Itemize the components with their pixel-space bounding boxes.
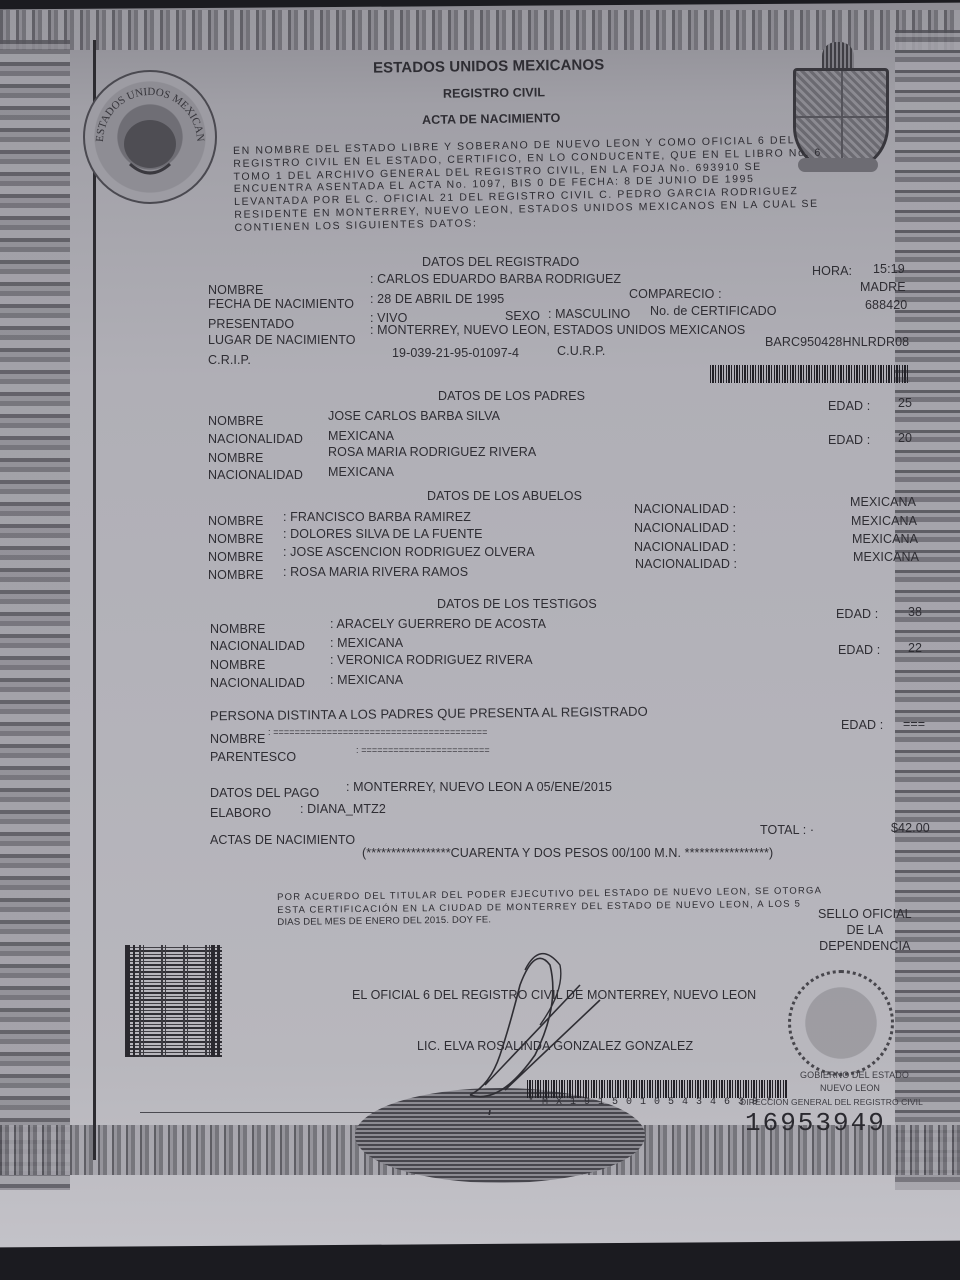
testigo-1-edad-label: EDAD :	[836, 607, 878, 621]
scan-fold-line	[93, 40, 96, 1160]
hora-value: 15:19	[873, 262, 905, 276]
official-seal-stamp	[788, 970, 894, 1076]
crip-label: C.R.I.P.	[208, 353, 251, 367]
document-serial-number: 16953949	[745, 1108, 886, 1138]
office-title: REGISTRO CIVIL	[443, 85, 545, 100]
parentesco-label: PARENTESCO	[210, 750, 296, 764]
padre-nombre-label: NOMBRE	[208, 414, 263, 428]
testigo-2-label: NOMBRE	[210, 658, 265, 672]
madre-nacionalidad-label: NACIONALIDAD	[208, 468, 303, 482]
padre-nacionalidad-label: NACIONALIDAD	[208, 432, 303, 446]
madre-nombre-label: NOMBRE	[208, 451, 263, 465]
abuelo-4-nac-value: MEXICANA	[853, 550, 919, 564]
testigo-1-edad-value: 38	[908, 605, 922, 619]
presentador-nombre-label: NOMBRE	[210, 732, 265, 746]
abuelo-1-nac-label: NACIONALIDAD :	[634, 502, 736, 516]
parentesco-value: : ========================	[356, 745, 490, 755]
concepto: ACTAS DE NACIMIENTO	[210, 833, 355, 847]
presentador-nombre-value: : ======================================…	[268, 727, 487, 737]
ornamental-border-left	[0, 40, 70, 1190]
presentado-label: PRESENTADO	[208, 317, 294, 331]
padre-nombre-value: JOSE CARLOS BARBA SILVA	[328, 409, 500, 423]
curp-label: C.U.R.P.	[557, 344, 606, 358]
abuelo-4-value: : ROSA MARIA RIVERA RAMOS	[283, 565, 468, 579]
abuelo-2-nac-label: NACIONALIDAD :	[634, 521, 736, 535]
fecha-label: FECHA DE NACIMIENTO	[208, 297, 354, 311]
abuelo-3-nac-label: NACIONALIDAD :	[634, 540, 736, 554]
abuelo-1-nac-value: MEXICANA	[850, 495, 916, 509]
testigo-1-nac-value: : MEXICANA	[330, 636, 403, 650]
ornamental-border-top	[0, 10, 960, 50]
sello-oficial-label: SELLO OFICIAL DE LA DEPENDENCIA	[818, 906, 912, 954]
sexo-label: SEXO	[505, 309, 540, 323]
testigo-2-nac-value: : MEXICANA	[330, 673, 403, 687]
testigo-1-label: NOMBRE	[210, 622, 265, 636]
abuelo-3-nac-value: MEXICANA	[852, 532, 918, 546]
pago-value: : MONTERREY, NUEVO LEON A 05/ENE/2015	[346, 780, 612, 794]
abuelo-1-value: : FRANCISCO BARBA RAMIREZ	[283, 510, 471, 524]
document-title: ACTA DE NACIMIENTO	[422, 111, 561, 127]
madre-nombre-value: ROSA MARIA RODRIGUEZ RIVERA	[328, 445, 536, 459]
comparecio-label: COMPARECIO :	[629, 287, 722, 301]
abuelo-4-nac-label: NACIONALIDAD :	[635, 557, 737, 571]
stamp-text-3: DIRECCION GENERAL DEL REGISTRO CIVIL	[740, 1097, 923, 1107]
stamp-text-2: NUEVO LEON	[820, 1083, 880, 1093]
testigo-2-edad-value: 22	[908, 641, 922, 655]
certificado-value: 688420	[865, 298, 907, 312]
folio-barcode	[527, 1080, 787, 1098]
comparecio-value: MADRE	[860, 280, 906, 294]
elaboro-label: ELABORO	[210, 806, 271, 820]
sexo-value: : MASCULINO	[548, 307, 630, 321]
section-registrado: DATOS DEL REGISTRADO	[422, 255, 579, 269]
madre-nacionalidad-value: MEXICANA	[328, 465, 394, 479]
abuelo-3-value: : JOSE ASCENCION RODRIGUEZ OLVERA	[283, 545, 535, 559]
section-padres: DATOS DE LOS PADRES	[438, 389, 585, 403]
presentador-edad-value: ===	[903, 717, 925, 731]
elaboro-value: : DIANA_MTZ2	[300, 802, 386, 816]
padre-edad-label: EDAD :	[828, 399, 870, 413]
stamp-text-1: GOBIERNO DEL ESTADO	[800, 1070, 909, 1080]
country-title: ESTADOS UNIDOS MEXICANOS	[373, 56, 605, 76]
intro-paragraph: EN NOMBRE DEL ESTADO LIBRE Y SOBERANO DE…	[233, 134, 823, 235]
padre-nacionalidad-value: MEXICANA	[328, 429, 394, 443]
folio-barcode-text: * M X 1 9 1 5 0 1 0 5 4 3 4 6 3 0 *	[528, 1097, 773, 1108]
ornamental-border-right	[895, 30, 960, 1190]
presentador-edad-label: EDAD :	[841, 718, 883, 732]
lugar-label: LUGAR DE NACIMIENTO	[208, 333, 356, 347]
national-coat-of-arms-icon: ESTADOS UNIDOS MEXICANOS	[83, 70, 217, 204]
crip-value: 19-039-21-95-01097-4	[392, 346, 519, 360]
madre-edad-label: EDAD :	[828, 433, 870, 447]
nombre-label: NOMBRE	[208, 283, 263, 297]
testigo-2-edad-label: EDAD :	[838, 643, 880, 657]
nombre-value: : CARLOS EDUARDO BARBA RODRIGUEZ	[370, 272, 621, 286]
testigo-1-value: : ARACELY GUERRERO DE ACOSTA	[330, 617, 546, 631]
abuelo-4-label: NOMBRE	[208, 568, 263, 582]
fecha-value: : 28 DE ABRIL DE 1995	[370, 292, 504, 306]
pago-label: DATOS DEL PAGO	[210, 786, 319, 800]
section-testigos: DATOS DE LOS TESTIGOS	[437, 597, 597, 611]
testigo-2-value: : VERONICA RODRIGUEZ RIVERA	[330, 653, 533, 667]
testigo-2-nac-label: NACIONALIDAD	[210, 676, 305, 690]
abuelo-2-nac-value: MEXICANA	[851, 514, 917, 528]
abuelo-3-label: NOMBRE	[208, 550, 263, 564]
curp-barcode	[710, 365, 910, 383]
padre-edad-value: 25	[898, 396, 912, 410]
abuelo-1-label: NOMBRE	[208, 514, 263, 528]
total-value: $42.00	[891, 821, 930, 835]
abuelo-2-value: : DOLORES SILVA DE LA FUENTE	[283, 527, 483, 541]
total-label: TOTAL : ·	[760, 823, 814, 837]
madre-edad-value: 20	[898, 431, 912, 445]
hora-label: HORA:	[812, 264, 852, 278]
section-abuelos: DATOS DE LOS ABUELOS	[427, 489, 582, 503]
testigo-1-nac-label: NACIONALIDAD	[210, 639, 305, 653]
certification-paragraph: POR ACUERDO DEL TITULAR DEL PODER EJECUT…	[277, 885, 823, 929]
total-words: (*****************CUARENTA Y DOS PESOS 0…	[362, 846, 773, 860]
lugar-value: : MONTERREY, NUEVO LEON, ESTADOS UNIDOS …	[370, 323, 745, 337]
curp-value: BARC950428HNLRDR08	[765, 335, 909, 349]
pdf417-barcode	[125, 945, 222, 1057]
certificado-label: No. de CERTIFICADO	[650, 304, 777, 318]
abuelo-2-label: NOMBRE	[208, 532, 263, 546]
signature-line	[140, 1112, 470, 1113]
